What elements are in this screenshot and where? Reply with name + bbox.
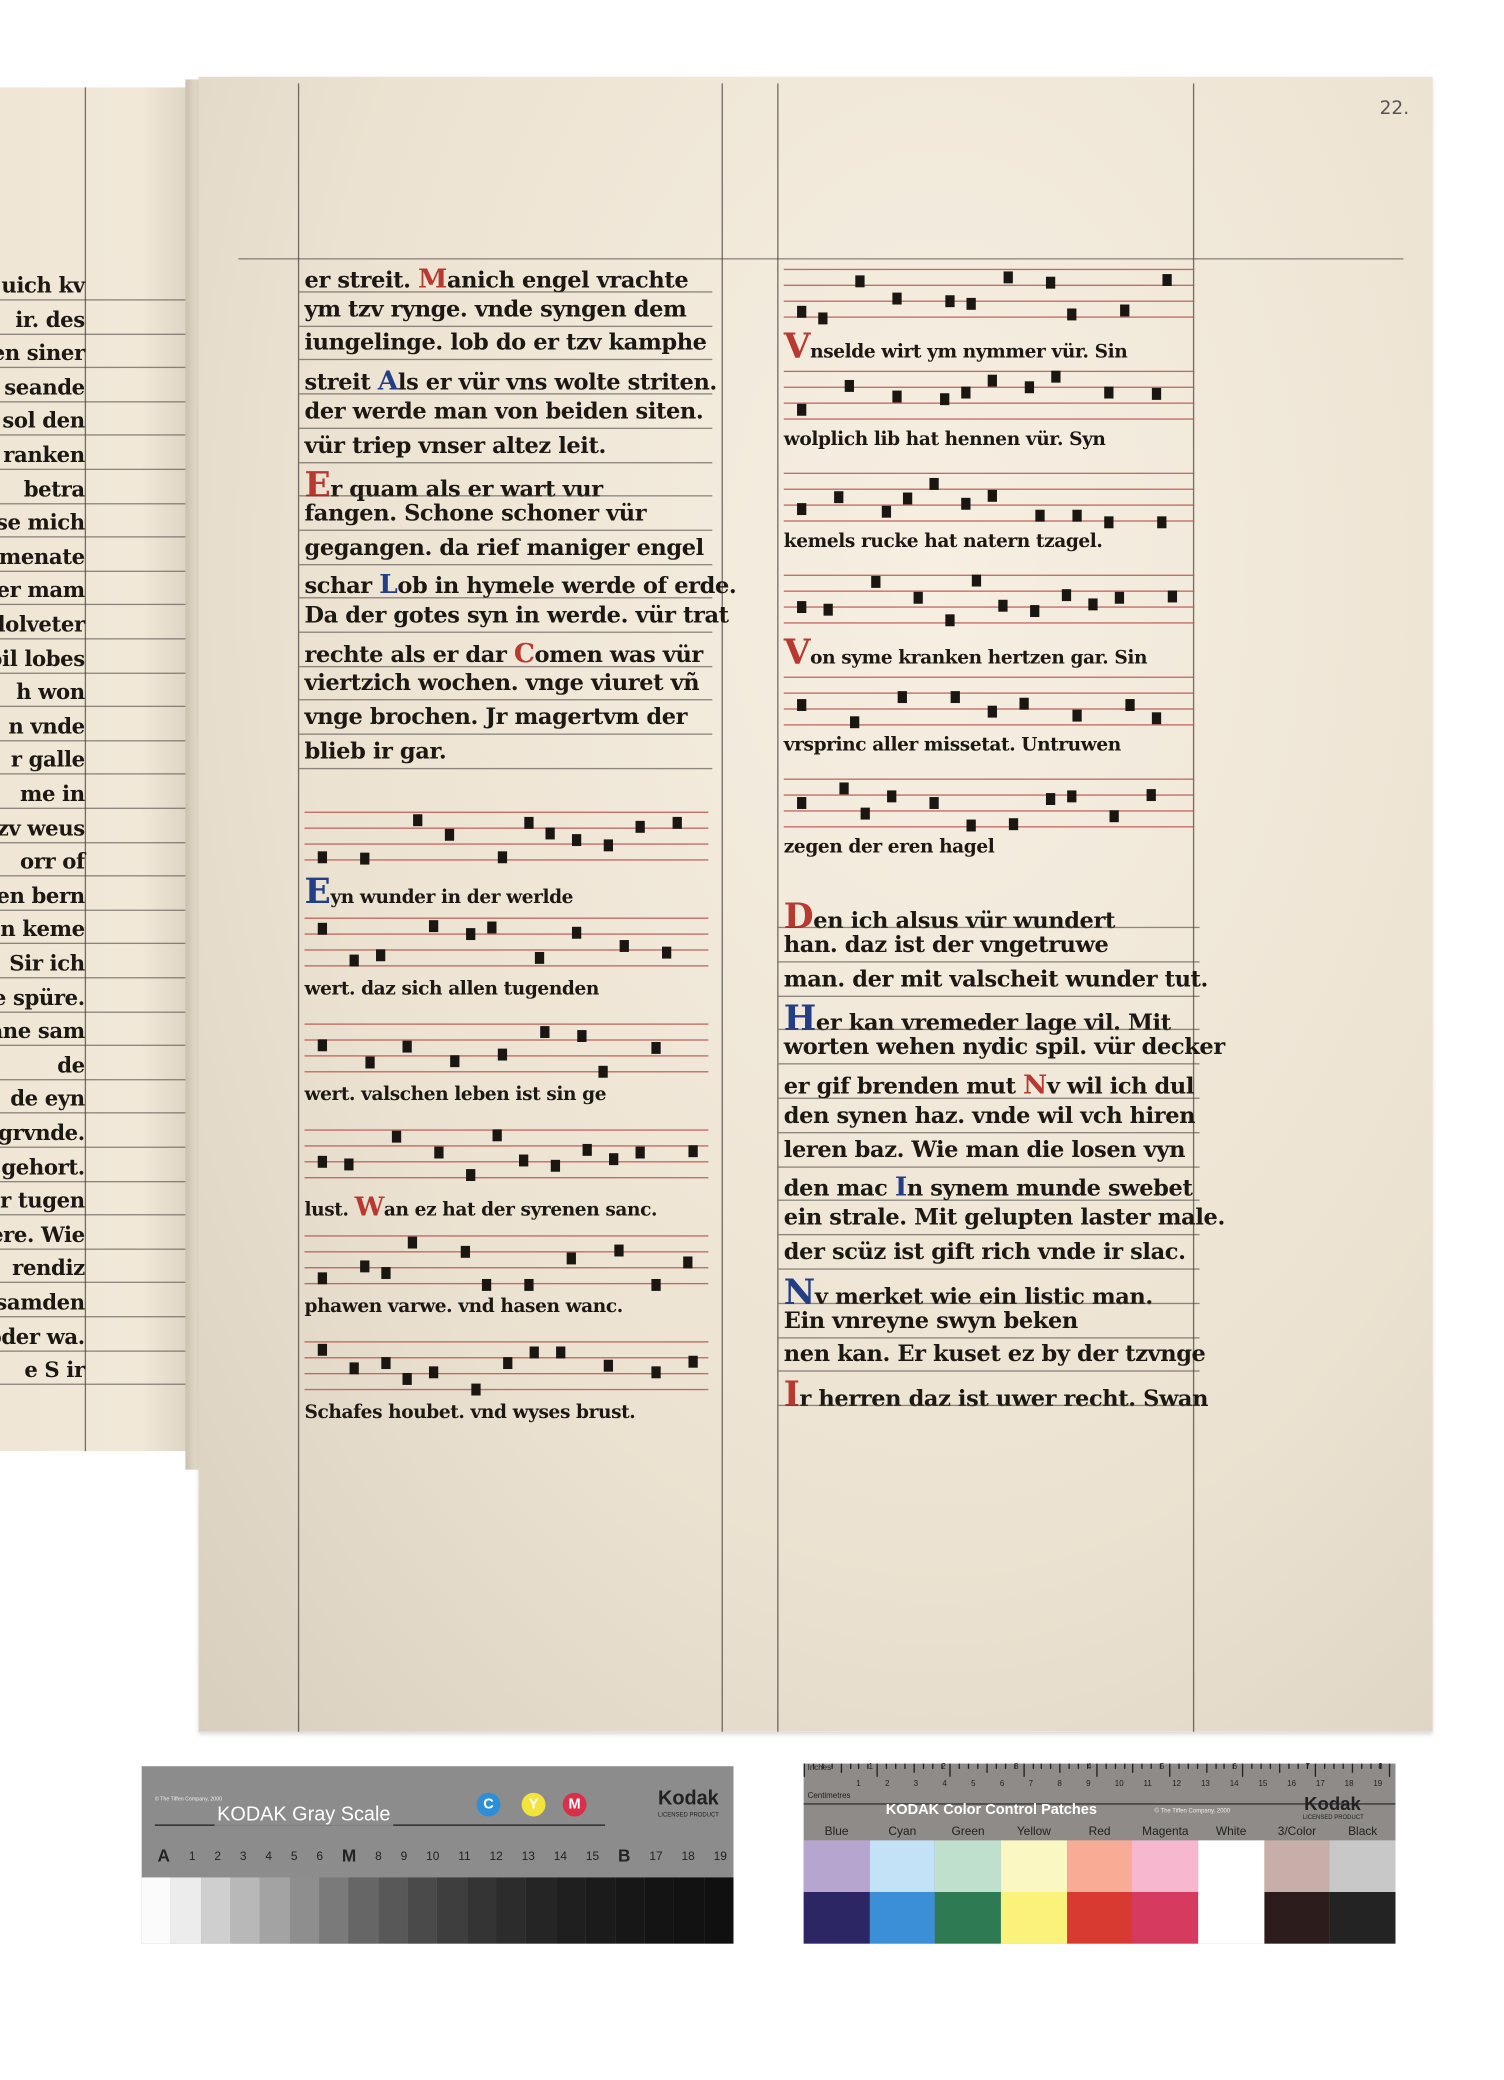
line-text: Ein vnreyne swyn beken (784, 1308, 1078, 1334)
gray-step-patch (408, 1877, 438, 1943)
text-line: vür triep vnser altez leit. (305, 432, 606, 458)
inch-mark: 1 (869, 1764, 873, 1772)
staff-line (784, 779, 1194, 780)
ruler-tick (1178, 1764, 1179, 1769)
neume-note (688, 1145, 697, 1157)
cm-mark: 18 (1345, 1781, 1354, 1789)
staff-line (784, 622, 1194, 623)
music-staff (305, 812, 709, 865)
line-text: nselde wirt ym nymmer vür. Sin (810, 342, 1127, 363)
left-leaf-ruling-line (0, 977, 201, 978)
color-patch-top (869, 1840, 935, 1892)
left-leaf-line: e S ir (24, 1357, 84, 1382)
ruler-tick (1123, 1764, 1124, 1769)
column-a: er streit. Manich engel vrachteym tzv ry… (305, 262, 715, 1533)
neume-note (850, 716, 859, 728)
ruler-tick (1069, 1764, 1070, 1769)
text-ruling (779, 1029, 1200, 1030)
gray-step-patch (526, 1877, 556, 1943)
neume-note (839, 782, 848, 794)
ruler-tick (858, 1764, 859, 1769)
neume-note (898, 691, 907, 703)
ruler-tick (886, 1764, 887, 1769)
text-ruling (299, 291, 712, 292)
left-leaf-ruling-line (0, 1113, 201, 1114)
left-leaf-ruling-line (0, 503, 201, 504)
neume-note (914, 592, 923, 604)
ruler-tick (1343, 1764, 1344, 1769)
neume-note (318, 1272, 327, 1284)
music-staff (784, 473, 1194, 526)
text-ruling (299, 700, 712, 701)
manuscript-page: er streit. Manich engel vrachteym tzv ry… (199, 77, 1433, 1732)
line-text: han. daz ist der vngetruwe (784, 932, 1109, 958)
neume-note (1147, 789, 1156, 801)
neume-note (498, 1049, 507, 1061)
line-text: r herren daz ist uwer recht. Swan (800, 1386, 1209, 1412)
text-line: vnge brochen. Jr magertvm der (305, 704, 688, 730)
patch-label: Black (1330, 1824, 1396, 1837)
neume-note (551, 1160, 560, 1172)
neume-note (318, 923, 327, 935)
line-text: er kan vremeder lage vil. Mit (816, 1011, 1171, 1037)
cm-mark: 4 (942, 1781, 946, 1789)
left-leaf-ruling-line (0, 1147, 201, 1148)
left-leaf-ruling-line (0, 774, 201, 775)
neume-note (429, 920, 438, 932)
neume-note (673, 817, 682, 829)
scan-canvas: uich kvir. desgen sinerseandesol denrank… (0, 0, 1504, 2080)
music-staff (305, 1023, 709, 1076)
neume-note (498, 851, 507, 863)
left-leaf-line: sol den (2, 408, 84, 433)
gray-step-patch (260, 1877, 290, 1943)
staff-line (305, 1283, 709, 1284)
left-leaf-line: r galle (11, 747, 85, 772)
ruler-tick (977, 1764, 978, 1769)
staff-line (305, 918, 709, 919)
text-line: Ir herren daz ist uwer recht. Swan (784, 1376, 1208, 1416)
text-ruling (779, 1063, 1200, 1064)
ruler-tick (1133, 1764, 1134, 1773)
left-leaf-line: allen bern (0, 883, 85, 908)
left-leaf-line: lolveter (0, 612, 85, 637)
neume-note (413, 814, 422, 826)
line-text: anich engel vrachte (447, 267, 688, 293)
left-leaf-line: gen siner (0, 341, 85, 366)
neume-note (567, 1253, 576, 1265)
neume-note (1152, 388, 1161, 400)
ruler-tick (895, 1764, 896, 1769)
neume-note (929, 478, 938, 490)
gray-step-label: 3 (240, 1850, 247, 1866)
neume-note (577, 1030, 586, 1042)
text-ruling (779, 1234, 1200, 1235)
neume-note (402, 1041, 411, 1053)
left-leaf-ruling-line (0, 1214, 201, 1215)
neume-note (940, 393, 949, 405)
patch-label: Red (1067, 1824, 1133, 1837)
licensed-product-label: LICENSED PRODUCT (1303, 1814, 1364, 1821)
line-text: ls er vür vns wolte striten. (398, 370, 717, 396)
line-text: der scüz ist gift rich vnde ir slac. (784, 1239, 1186, 1265)
line-text: vnge brochen. Jr magertvm der (305, 704, 688, 730)
ruler-tick (1105, 1764, 1106, 1769)
text-line: Vnselde wirt ym nymmer vür. Sin (784, 327, 1128, 367)
line-text: worten wehen nydic spil. vür decker (784, 1034, 1225, 1060)
color-patch-bottom (1198, 1892, 1264, 1944)
neume-note (487, 922, 496, 934)
cm-mark: 2 (885, 1781, 889, 1789)
neume-note (834, 491, 843, 503)
neume-note (1062, 589, 1071, 601)
left-leaf-ruling-line (0, 1384, 201, 1385)
patch-label: Magenta (1132, 1824, 1198, 1837)
line-text: viertzich wochen. vnge viuret vñ (305, 670, 700, 696)
ruler-tick (1059, 1764, 1060, 1773)
neume-note (1152, 712, 1161, 724)
inch-mark: 7 (1305, 1764, 1309, 1772)
staff-line (784, 473, 1194, 474)
neume-note (493, 1129, 502, 1141)
cm-mark: 5 (971, 1781, 975, 1789)
ruler-tick (1114, 1764, 1115, 1769)
left-leaf-ruling-line (0, 943, 201, 944)
text-ruling (299, 598, 712, 599)
ruler-tick (840, 1764, 841, 1773)
neume-note (1019, 698, 1028, 710)
neume-note (636, 821, 645, 833)
line-text: man. der mit valscheit wunder tut. (784, 966, 1208, 992)
gray-step-patch (556, 1877, 586, 1943)
text-line: streit Als er vür vns wolte striten. (305, 364, 717, 396)
color-patch-top (935, 1840, 1001, 1892)
cm-mark: 17 (1316, 1781, 1325, 1789)
neume-note (350, 955, 359, 967)
cm-mark: 12 (1172, 1781, 1181, 1789)
neume-note (945, 614, 954, 626)
left-leaf-line: tzv weus (0, 815, 85, 840)
text-ruling (299, 666, 712, 667)
line-text: den mac (784, 1176, 895, 1202)
gray-card-title: KODAK Gray Scale (214, 1803, 393, 1826)
kodak-color-control-card: Inches Centimetres 123456781234567891011… (804, 1764, 1396, 1944)
neume-note (961, 498, 970, 510)
left-leaf-line: ane sam (0, 1018, 85, 1043)
left-leaf-line: orr of (20, 849, 85, 874)
line-text: an ez hat der syrenen sanc. (384, 1200, 657, 1221)
neume-note (818, 312, 827, 324)
neume-note (1162, 274, 1171, 286)
neume-note (797, 601, 806, 613)
text-line: viertzich wochen. vnge viuret vñ (305, 670, 700, 696)
rubricated-initial: C (514, 636, 535, 668)
neume-note (466, 1169, 475, 1181)
ruler-tick (1388, 1764, 1389, 1777)
rubricated-initial: I (895, 1171, 907, 1203)
neume-note (350, 1362, 359, 1374)
text-line: Eyn wunder in der werlde (305, 873, 574, 913)
left-leaf-line: n vnde (8, 713, 84, 738)
left-leaf-line: de (57, 1052, 85, 1077)
neume-note (1104, 516, 1113, 528)
text-line: vrsprinc aller missetat. Untruwen (784, 735, 1121, 756)
staff-line (784, 316, 1194, 317)
music-staff (784, 575, 1194, 628)
cyan-badge: C (477, 1793, 501, 1817)
cm-mark: 6 (1000, 1781, 1004, 1789)
line-text: vür triep vnser altez leit. (305, 432, 606, 458)
gray-step-label: 18 (681, 1850, 694, 1866)
staff-line (305, 1389, 709, 1390)
neume-note (961, 387, 970, 399)
text-line: worten wehen nydic spil. vür decker (784, 1034, 1225, 1060)
gray-step-patch (378, 1877, 408, 1943)
patch-labels: BlueCyanGreenYellowRedMagentaWhite3/Colo… (804, 1824, 1396, 1837)
music-staff (305, 1129, 709, 1182)
staff-line (305, 949, 709, 950)
staff-line (784, 826, 1194, 827)
neume-note (651, 1279, 660, 1291)
text-ruling (779, 1098, 1200, 1099)
ruler-tick (1260, 1764, 1261, 1769)
left-leaf-line: rendiz (12, 1256, 85, 1281)
text-line: iungelinge. lob do er tzv kamphe (305, 330, 707, 356)
color-patch-bottom (869, 1892, 935, 1944)
kodak-gray-scale-card: © The Tiffen Company, 2000 KODAK Gray Sc… (142, 1766, 734, 1943)
gray-step-label: M (342, 1846, 356, 1866)
line-text: rechte als er dar (305, 642, 514, 668)
text-line: schar Lob in hymele werde of erde. (305, 568, 737, 600)
text-line: fangen. Schone schoner vür (305, 500, 647, 526)
neume-note (318, 851, 327, 863)
ruler-tick (804, 1764, 805, 1777)
neume-note (1025, 381, 1034, 393)
line-text: er gif brenden mut (784, 1074, 1023, 1100)
line-text: er streit. (305, 267, 419, 293)
patch-label: Green (935, 1824, 1001, 1837)
neume-note (1120, 305, 1129, 317)
staff-line (305, 933, 709, 934)
text-ruling (299, 495, 712, 496)
gray-step-label: 9 (401, 1850, 408, 1866)
ruler-tick (1270, 1764, 1271, 1769)
rubricated-initial: A (378, 364, 398, 396)
music-staff (784, 677, 1194, 730)
ruler-tick (1352, 1764, 1353, 1773)
left-leaf-ruling-line (0, 299, 201, 300)
ruler-tick (950, 1764, 951, 1777)
neume-note (572, 834, 581, 846)
gray-step-labels: A123456M89101112131415B171819 (158, 1850, 727, 1866)
left-leaf-line: on keme (0, 917, 85, 942)
ruler-tick (1288, 1764, 1289, 1769)
color-patch-bottom (804, 1892, 870, 1944)
gray-steps (142, 1877, 734, 1943)
cm-mark: 15 (1258, 1781, 1267, 1789)
line-text: vrsprinc aller missetat. Untruwen (784, 735, 1121, 756)
text-ruling (779, 1166, 1200, 1167)
gray-step-patch (585, 1877, 615, 1943)
music-staff (305, 1235, 709, 1288)
neume-note (1009, 818, 1018, 830)
cm-mark: 19 (1373, 1781, 1382, 1789)
gray-step-label: 6 (316, 1850, 323, 1866)
ruler-tick (1142, 1764, 1143, 1769)
gray-step-patch (142, 1877, 172, 1943)
left-leaf-line: gehort. (1, 1154, 84, 1179)
ruler-tick (1224, 1764, 1225, 1769)
text-ruling (779, 1132, 1200, 1133)
neume-note (604, 839, 613, 851)
left-leaf-ruling-line (0, 604, 201, 605)
line-text: omen was vür (535, 642, 703, 668)
ruler-tick (968, 1764, 969, 1769)
left-leaf-ruling-line (0, 1045, 201, 1046)
color-patch-top (1067, 1840, 1133, 1892)
text-line: er gif brenden mut Nv wil ich dul (784, 1068, 1194, 1100)
neume-note (583, 1144, 592, 1156)
line-text: ein strale. Mit gelupten laster male. (784, 1205, 1225, 1231)
neume-note (797, 503, 806, 515)
line-text: phawen varwe. vnd hasen wanc. (305, 1296, 623, 1317)
neume-note (598, 1066, 607, 1078)
left-leaf-ruling-line (0, 333, 201, 334)
text-ruling (779, 1303, 1200, 1304)
text-line: phawen varwe. vnd hasen wanc. (305, 1296, 623, 1317)
left-leaf-line: de eyn (10, 1086, 84, 1111)
text-ruling (299, 393, 712, 394)
neume-note (381, 1357, 390, 1369)
gray-step-label: B (618, 1846, 630, 1866)
music-staff (784, 269, 1194, 322)
folio-number: 22. (1380, 98, 1409, 119)
left-leaf-line: uich kv (1, 273, 84, 298)
line-text: kemels rucke hat natern tzagel. (784, 531, 1103, 552)
neume-note (1115, 592, 1124, 604)
ruler-tick (1334, 1764, 1335, 1769)
text-line: Da der gotes syn in werde. vür trat (305, 602, 729, 628)
neume-note (408, 1237, 417, 1249)
gray-step-label: 15 (586, 1850, 599, 1866)
ruler-tick (1251, 1764, 1252, 1769)
ruler-tick (1005, 1764, 1006, 1769)
neume-note (651, 1042, 660, 1054)
neume-note (882, 506, 891, 518)
staff-line (784, 402, 1194, 403)
decorated-initial: I (784, 1376, 800, 1416)
neume-note (360, 853, 369, 865)
cm-mark: 3 (914, 1781, 918, 1789)
inch-mark: 2 (941, 1764, 945, 1772)
line-text: ob in hymele werde of erde. (397, 574, 736, 600)
neume-note (797, 404, 806, 416)
neume-note (972, 575, 981, 587)
gray-step-patch (230, 1877, 260, 1943)
neume-note (572, 927, 581, 939)
inches-label: Inches (808, 1765, 831, 1773)
ruler-tick (1041, 1764, 1042, 1769)
ruling-left (298, 83, 299, 1731)
neume-note (376, 949, 385, 961)
cm-mark: 7 (1029, 1781, 1033, 1789)
gray-step-label: 10 (426, 1850, 439, 1866)
cm-mark: 11 (1144, 1781, 1152, 1789)
text-line: leren baz. Wie man die losen vyn (784, 1137, 1185, 1163)
ruler-tick (831, 1764, 832, 1769)
left-leaf-line: isamden (0, 1290, 85, 1315)
text-line: Schafes houbet. vnd wyses brust. (305, 1402, 636, 1423)
inch-mark: 5 (1160, 1764, 1164, 1772)
staff-line (784, 520, 1194, 521)
gray-step-patch (615, 1877, 645, 1943)
text-line: kemels rucke hat natern tzagel. (784, 531, 1103, 552)
left-leaf-line: seande (4, 374, 84, 399)
centimetres-label: Centimetres (808, 1793, 851, 1801)
color-card-title: KODAK Color Control Patches (886, 1802, 1097, 1818)
left-leaf-line: me in (20, 781, 85, 806)
text-ruling (299, 563, 712, 564)
gray-step-label: 12 (490, 1850, 503, 1866)
text-line: nen kan. Er kuset ez by der tzvnge (784, 1342, 1206, 1368)
text-line: der scüz ist gift rich vnde ir slac. (784, 1239, 1186, 1265)
neume-note (861, 808, 870, 820)
staff-line (784, 677, 1194, 678)
text-line: ym tzv rynge. vnde syngen dem (305, 296, 687, 322)
neume-note (845, 380, 854, 392)
left-leaf-line: emenate (0, 544, 85, 569)
left-leaf-ruling-line (0, 401, 201, 402)
text-ruling (299, 461, 712, 462)
line-text: v merket wie ein listic man. (815, 1284, 1153, 1310)
neume-note (892, 391, 901, 403)
gray-step-label: 2 (214, 1850, 221, 1866)
magenta-badge: M (563, 1793, 587, 1817)
neume-note (929, 797, 938, 809)
neume-note (797, 306, 806, 318)
neume-note (1051, 371, 1060, 383)
ruler-tick (1096, 1764, 1097, 1777)
neume-note (651, 1366, 660, 1378)
gray-step-label: 17 (649, 1850, 662, 1866)
left-leaf-line: oil lobes (0, 646, 85, 671)
staff-line (305, 1373, 709, 1374)
ruler-tick (986, 1764, 987, 1773)
neume-note (855, 275, 864, 287)
rubricated-initial: W (355, 1190, 384, 1222)
staff-line (305, 828, 709, 829)
neume-note (903, 493, 912, 505)
neume-note (1046, 277, 1055, 289)
left-leaf-ruling-line (0, 1316, 201, 1317)
left-leaf-ruling-line (0, 1011, 201, 1012)
staff-line (305, 812, 709, 813)
staff-line (305, 1235, 709, 1236)
line-text: ym tzv rynge. vnde syngen dem (305, 296, 687, 322)
left-leaf-ruling-line (0, 706, 201, 707)
rubricated-initial: N (1023, 1068, 1047, 1100)
left-leaf-ruling-line (0, 435, 201, 436)
line-text: den synen haz. vnde wil vch hiren (784, 1103, 1195, 1129)
ruler-tick (1032, 1764, 1033, 1769)
left-leaf-ruling-line (0, 842, 201, 843)
text-line: blieb ir gar. (305, 739, 447, 765)
neume-note (988, 375, 997, 387)
column-b: Vnselde wirt ym nymmer vür. Sinwolplich … (784, 262, 1208, 1533)
inch-mark: 6 (1233, 1764, 1237, 1772)
text-ruling (299, 734, 712, 735)
line-text: Schafes houbet. vnd wyses brust. (305, 1402, 636, 1423)
